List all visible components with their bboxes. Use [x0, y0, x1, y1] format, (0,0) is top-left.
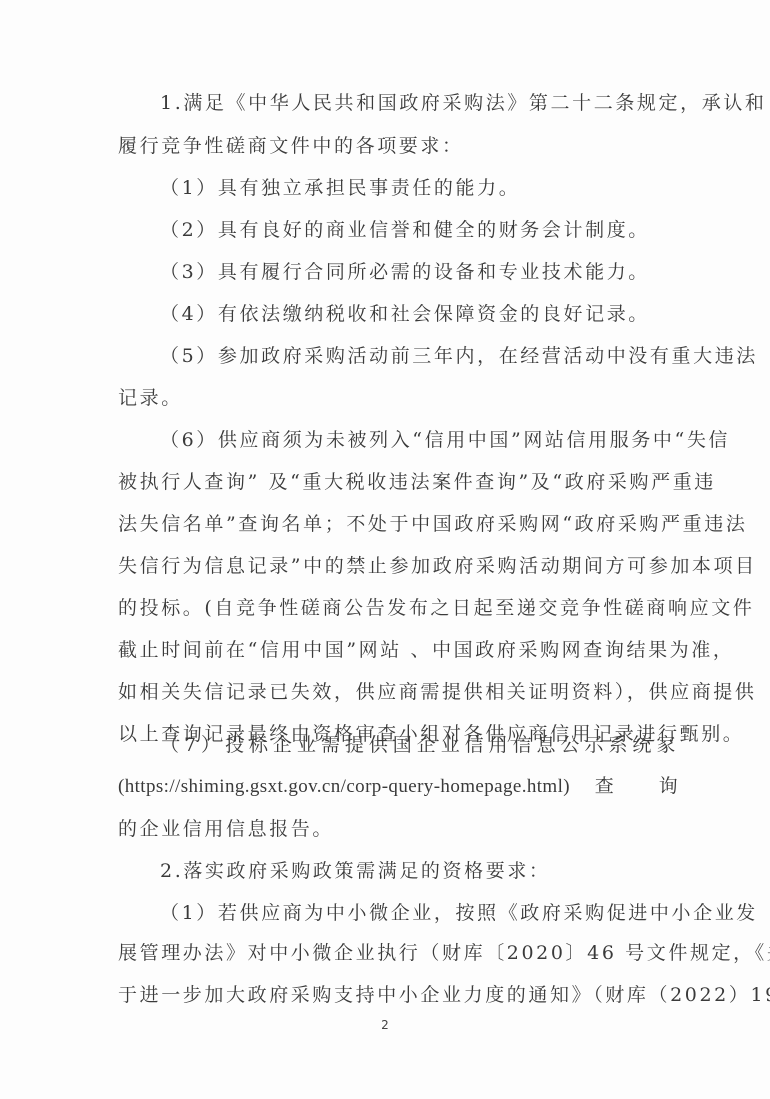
section-heading: 2.落实政府采购政策需满足的资格要求：: [160, 856, 678, 886]
text-line: 履行竞争性磋商文件中的各项要求：: [118, 131, 678, 161]
url-line: (https://shiming.gsxt.gov.cn/corp-query-…: [118, 772, 678, 802]
page-number: 2: [375, 1018, 395, 1032]
text-line: 于进一步加大政府采购支持中小企业力度的通知》（财库（2022）19: [118, 980, 678, 1010]
text-line: 法失信名单”查询名单；不处于中国政府采购网“政府采购严重违法: [118, 509, 678, 539]
text-line: （4）有依法缴纳税收和社会保障资金的良好记录。: [160, 299, 678, 329]
text-line: 被执行人查询” 及“重大税收违法案件查询”及“政府采购严重违: [118, 467, 678, 497]
text-line: 1.满足《中华人民共和国政府采购法》第二十二条规定，承认和: [160, 88, 678, 118]
text-line: （2）具有良好的商业信誉和健全的财务会计制度。: [160, 215, 678, 245]
text-line: 的企业信用信息报告。: [118, 814, 678, 844]
text-line: （5）参加政府采购活动前三年内，在经营活动中没有重大违法: [160, 341, 678, 371]
text-line: （1）若供应商为中小微企业，按照《政府采购促进中小企业发: [160, 898, 678, 928]
text-line: 记录。: [118, 383, 678, 413]
text-line: 截止时间前在“信用中国”网站 、中国政府采购网查询结果为准，: [118, 635, 678, 665]
text-line: （1）具有独立承担民事责任的能力。: [160, 173, 678, 203]
document-page: 1.满足《中华人民共和国政府采购法》第二十二条规定，承认和 履行竞争性磋商文件中…: [0, 0, 770, 1099]
text-line: 如相关失信记录已失效，供应商需提供相关证明资料），供应商提供: [118, 677, 678, 707]
text-line: 展管理办法》对中小微企业执行（财库〔2020〕46 号文件规定，《关: [118, 938, 678, 968]
text-line: 失信行为信息记录”中的禁止参加政府采购活动期间方可参加本项目: [118, 551, 678, 581]
text-line: （7）投标企业需提供国企业信用信息公示系统家: [160, 730, 678, 760]
text-line: （6）供应商须为未被列入“信用中国”网站信用服务中“失信: [160, 425, 678, 455]
text-line: 的投标。(自竞争性磋商公告发布之日起至递交竞争性磋商响应文件: [118, 593, 678, 623]
text-line: （3）具有履行合同所必需的设备和专业技术能力。: [160, 257, 678, 287]
